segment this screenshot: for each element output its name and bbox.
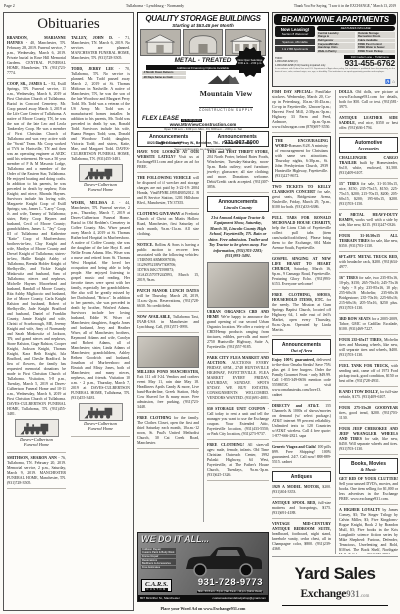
item-lead: PULL TABS FOR RONALD MCDONALD HOUSE CHAR… bbox=[272, 216, 331, 225]
item-lead: CHALLENGER CARGO TRAILER bbox=[339, 156, 398, 165]
tdd-phone-t: 1-800-848-0298 (T/A) hearing impaired on… bbox=[275, 64, 325, 67]
classified-item: FREE CLOTHING! All sizes-all ages: male,… bbox=[207, 443, 269, 481]
classified-item: ANTIQUE SPOOL BED, full-size mattress an… bbox=[272, 501, 331, 519]
item-lead: FOUR 31-10.50x15 ALL TERRAIN TIRES bbox=[339, 234, 398, 243]
brandywine-apartments-ad: BRANDYWINE APARTMENTS Now Leasing! Secti… bbox=[272, 12, 398, 87]
classified-item: DIRECTV and AT&T. 155 Channels & 1000s o… bbox=[272, 404, 331, 442]
obituaries-column-2: TALLEY, JOHN D. - 71, Manchester, TN. Ma… bbox=[71, 36, 130, 492]
middle-column-right: THIS and THAT THRIFT STORE, 204 North Po… bbox=[203, 150, 269, 522]
feature-item: Restorations bbox=[141, 559, 176, 562]
bottom-rule bbox=[282, 605, 388, 606]
category-subtitle: & Music bbox=[342, 467, 395, 472]
funeral-home-logo: Daves=CulbertsonFuneral Home bbox=[7, 419, 66, 447]
obituary-entry: WISER, MELISSA J. - 44, Manchester, TN. … bbox=[71, 201, 130, 437]
item-lead: GET RID OF YOUR CLUTTER! bbox=[339, 477, 398, 481]
classified-item: B AND I TOW DOLLY, for full-size vehicle… bbox=[339, 390, 398, 403]
item-lead: TALLEY, JOHN D. bbox=[71, 36, 113, 40]
item-lead: BRANDON, MARIANNE HAYNES bbox=[7, 36, 66, 45]
classified-item: 6FT.x8FT. METAL TRUCK BED, with headache… bbox=[339, 255, 398, 273]
classified-item: $50 STORAGE UNIT COUPON - Call today to … bbox=[207, 407, 269, 440]
item-lead: FISH DAY SPECIAL: bbox=[272, 90, 313, 94]
masthead-slogan: Thank You For Saying, "I saw it in the E… bbox=[246, 4, 396, 8]
category-title: Antiques bbox=[275, 474, 328, 480]
ad-fine-print: *Some restrictions apply, see dealer for… bbox=[140, 149, 266, 151]
item-lead: GOSPEL SINGING AT NEW LIFE HEART TO HEAR… bbox=[272, 257, 331, 271]
obituaries-title: Obituaries bbox=[7, 16, 130, 33]
classified-item: THE ENCOURAGING WORD-Romans 8:28. A mini… bbox=[272, 136, 331, 182]
yard-sales-title: Yard Sales bbox=[272, 564, 398, 584]
feature-item: Refrigerator bbox=[317, 39, 355, 42]
feature-item: FREE Trash Pickup bbox=[357, 50, 395, 53]
page-number: Page 2 bbox=[4, 3, 64, 8]
photo-thumbnail bbox=[207, 262, 269, 308]
feature-item: Frame Repair bbox=[141, 555, 176, 558]
item-lead: FOUR 275-55x20 GOODYEAR bbox=[339, 406, 398, 410]
classified-item: A HIGHER LOYALTY by James Comey, $3; The… bbox=[339, 508, 398, 554]
apartment-phone: 931-455-6762 bbox=[344, 59, 395, 68]
starburst-text: Now Open Saturdays 9:00 a.m. - 2:00 p.m. bbox=[235, 47, 265, 77]
ad-middle-row: -0 Month Down Delivers-90 Days Same as C… bbox=[140, 71, 266, 116]
feature-item: Handicap Units bbox=[317, 46, 355, 49]
event-announcement: 21st Annual Antique Tractor & Equipment … bbox=[208, 215, 268, 259]
item-lead: A HIGHER LOYALTY bbox=[339, 508, 380, 512]
fair-housing-fine-print: In accordance with Federal law and U.S. … bbox=[273, 67, 397, 73]
page-header: Page 2 Tullahoma - Lynchburg - Normandy … bbox=[0, 1, 400, 10]
brand-name: Mountain View bbox=[188, 89, 264, 98]
classified-item: URBAN ORGANICS CBD AND HEMP. We're happy… bbox=[207, 310, 269, 353]
classified-item: FOUR JEEP CHEROKEE AND JEEP WRANGLER WHE… bbox=[339, 427, 398, 455]
exchange-suffix: .com bbox=[360, 594, 370, 599]
classified-item: ANTIQUE LEATHER SIDE SADDLE, real nice, … bbox=[339, 116, 398, 134]
classified-item: CHALLENGER CARGO TRAILER built by Homest… bbox=[339, 156, 398, 179]
item-lead: URBAN ORGANICS CBD AND HEMP. bbox=[207, 310, 269, 319]
obituary-entry: COOP, SR., JAMES L. - 82, Estill Springs… bbox=[7, 82, 66, 453]
item-lead: TODD, JERRY LEE bbox=[71, 67, 114, 71]
classified-item: NOW AVAILABLE, Tullahoma Taxi, INAR-USA … bbox=[137, 315, 199, 333]
category-header: AnnouncementsLincoln County bbox=[207, 196, 269, 212]
item-lead: TWO TICKETS TO KELLY CLARKSON CONCERT bbox=[272, 185, 331, 194]
item-lead: SMITHSON, SHARON ANN bbox=[7, 456, 57, 460]
item-lead: FREE CLOTHING, SHOES, HOUSEHOLD ITEMS, E… bbox=[272, 293, 331, 302]
item-lead: PATCH MANOR LUNCH DATES bbox=[137, 289, 199, 293]
offers-list: -0 Month Down Delivers-90 Days Same as C… bbox=[142, 71, 186, 116]
item-lead: COOP, SR., JAMES L. bbox=[7, 82, 47, 86]
feature-item: Free Estimates bbox=[141, 566, 176, 569]
category-subtitle: Out of Area bbox=[275, 348, 328, 353]
photo-thumbnail bbox=[137, 336, 199, 368]
feature-item: -90 Days Same as Cash bbox=[142, 76, 186, 80]
brand-subname: CUSTOM bbox=[145, 588, 168, 591]
newspaper-page: Page 2 Tullahoma - Lynchburg - Normandy … bbox=[0, 0, 400, 614]
item-lead: Generic Viagra and Cialis! bbox=[272, 445, 316, 449]
ad-title: QUALITY STORAGE BUILDINGS bbox=[140, 14, 266, 23]
item-lead: $50 STORAGE UNIT COUPON bbox=[207, 407, 265, 411]
item-lead: FUEL TANK FOR TRUCK, bbox=[339, 364, 389, 368]
middle-classified-columns: HAVE YOU LOOKED AT OUR WEBSITE LATELY? V… bbox=[137, 150, 269, 522]
funeral-home-name: Daves=CulbertsonFuneral Home bbox=[7, 438, 66, 447]
middle-column-left: HAVE YOU LOOKED AT OUR WEBSITE LATELY? V… bbox=[137, 150, 199, 522]
category-header: AutomotiveAccessories bbox=[339, 137, 398, 153]
item-lead: FOUR JEEP CHEROKEE AND JEEP WRANGLER WHE… bbox=[339, 427, 398, 441]
now-leasing-label: Now Leasing! Section 8 Welcome! bbox=[275, 26, 315, 37]
item-lead: THE ENCOURAGING WORD- bbox=[275, 139, 328, 148]
classified-item: FREE CLOTHING for the family. The Clothe… bbox=[137, 416, 199, 449]
category-header: Books, Movies& Music bbox=[339, 458, 398, 474]
item-lead: 6FT.x8FT. METAL TRUCK BED, bbox=[339, 255, 398, 259]
contact-row: TDD#: 1-800-848-0299 (V) 1-800-848-0298 … bbox=[273, 54, 397, 68]
item-lead: ANTIQUE LEATHER SIDE SADDLE, bbox=[339, 116, 398, 125]
item-lead: CLOTHING GIVEAWAY bbox=[137, 212, 180, 216]
features-column-right: Outside StorageRecreation RoomCable Avai… bbox=[357, 32, 395, 54]
item-lead: Enjoy 100% guaranteed, bbox=[272, 358, 315, 362]
classified-item: PULL TABS FOR RONALD MCDONALD HOUSE CHAR… bbox=[272, 216, 331, 254]
classified-item: 16" TIRES for sale, two 235-85x16, 10-pl… bbox=[339, 276, 398, 314]
classified-item: FOUR 31-10.50x15 ALL TERRAIN TIRES for s… bbox=[339, 234, 398, 252]
item-lead: THE FOLLOWING VEHICLE bbox=[137, 176, 191, 180]
yard-sales-promo: Yard Sales Exchange931.com bbox=[272, 556, 398, 614]
classified-item: GET RID OF YOUR CLUTTER! Sell your unuse… bbox=[339, 477, 398, 505]
classified-item: NOTICE. Rollins & Sons is having a publi… bbox=[137, 243, 199, 286]
feature-item: Outside Storage bbox=[357, 32, 395, 35]
classified-item: FREE CLOTHING, SHOES, HOUSEHOLD ITEMS, E… bbox=[272, 293, 331, 336]
feature-item: Custom Paint & Body Work bbox=[141, 551, 176, 554]
feature-item: FREE Pest Control bbox=[357, 43, 395, 46]
feature-item: Recreation Room bbox=[357, 35, 395, 38]
services-list: Collision RepairCustom Paint & Body Work… bbox=[141, 547, 176, 570]
category-title: Announcements bbox=[210, 199, 266, 205]
item-lead: PARK CITY FLEA MARKET AND AUCTION. bbox=[207, 356, 269, 365]
item-lead: DIRECTV and AT&T. bbox=[272, 404, 319, 408]
classified-item: Enjoy 100% guaranteed, delivered to-the-… bbox=[272, 358, 331, 401]
classified-item: FOUR 275-55x20 GOODYEAR tires, good trea… bbox=[339, 406, 398, 424]
classified-item: 3RD ROW SEATS for a 2005-2009, Tahoe, GM… bbox=[339, 317, 398, 335]
obituaries-section: Obituaries BRANDON, MARIANNE HAYNES - 40… bbox=[3, 12, 134, 611]
funeral-home-logo: Daves=CulbertsonFuneral Home bbox=[71, 164, 130, 192]
item-lead: DOLLS. bbox=[339, 90, 353, 94]
obituary-entry: SMITHSON, SHARON ANN - 76, Tullahoma, TN… bbox=[7, 456, 66, 489]
storage-buildings-ad: QUALITY STORAGE BUILDINGS Starting at $5… bbox=[137, 12, 269, 128]
brand-name: C.A.R.S. bbox=[145, 581, 168, 588]
word-ad-promo-line: Place your Word Ad on www.Exchange931.co… bbox=[137, 606, 269, 611]
item-lead: 3RD ROW SEATS bbox=[339, 317, 371, 321]
cars-logo: C.A.R.S. CUSTOM bbox=[141, 579, 172, 592]
feature-item: Range & bbox=[317, 35, 355, 38]
obituary-entry: BRANDON, MARIANNE HAYNES - 40, Mancheste… bbox=[7, 36, 66, 79]
shop-phone: 931-728-9773 bbox=[198, 577, 263, 588]
item-lead: NOTICE. bbox=[137, 243, 153, 247]
item-lead: VINTAGE MID-CENTURY ANTIQUE BEDROOM SUIT… bbox=[272, 522, 331, 531]
item-lead: HAVE YOU LOOKED AT OUR WEBSITE LATELY? bbox=[137, 150, 199, 159]
classified-item: VINTAGE MID-CENTURY ANTIQUE BEDROOM SUIT… bbox=[272, 522, 331, 554]
section8-text: Section 8 Welcome! bbox=[276, 32, 314, 36]
tdd-numbers: TDD#: 1-800-848-0299 (V) 1-800-848-0298 … bbox=[275, 57, 325, 67]
ad-body: Now Leasing! Section 8 Welcome! Spacious… bbox=[273, 26, 397, 54]
cars-body-shop-ad: WE DO IT ALL... Collision RepairCustom P… bbox=[137, 532, 269, 602]
classified-item: THE FOLLOWING VEHICLE will be disposed o… bbox=[137, 176, 199, 209]
mountain-view-logo: Mountain View CONSTRUCTION SUPPLY bbox=[188, 71, 264, 116]
funeral-home-name: Daves=CulbertsonFuneral Home bbox=[71, 422, 130, 431]
shop-hours: Mon - Fri: 8 a.m. - 5 p.m. | Sat: 8 a.m.… bbox=[197, 591, 263, 593]
store-address: 8023 David Crockett Pkwy W., Belvidere, … bbox=[147, 141, 220, 145]
category-subtitle: Lincoln County bbox=[210, 205, 266, 210]
feature-item: Walk-in Pantry bbox=[317, 50, 355, 53]
category-subtitle: Accessories bbox=[342, 146, 395, 151]
address-bar: 807 McArthur St., Manchester customautot… bbox=[138, 595, 268, 601]
classified-item: 1929 A MODEL MOTOR, $200. (931)304-3353. bbox=[272, 485, 331, 498]
train-icon bbox=[79, 403, 123, 421]
classified-item: TWO TICKETS TO KELLY CLARKSON CONCERT fo… bbox=[272, 185, 331, 213]
classified-item: FISH DAY SPECIAL: Pond/lake stockers. We… bbox=[272, 90, 331, 133]
feature-item: Bedliners & Accessories bbox=[141, 562, 176, 565]
right-section: BRANDYWINE APARTMENTS Now Leasing! Secti… bbox=[272, 12, 398, 614]
classified-item: CLOTHING GIVEAWAY at Fredonia Church of … bbox=[137, 212, 199, 240]
obituary-entry: TODD, JERRY LEE - 70, Tullahoma, TN. No … bbox=[71, 67, 130, 198]
train-icon bbox=[15, 419, 59, 437]
classified-item: 6' METAL HEAVY-DUTY RAMPS, works well wi… bbox=[339, 213, 398, 231]
truck-photo bbox=[180, 543, 266, 579]
right-classified-columns: FISH DAY SPECIAL: Pond/lake stockers. We… bbox=[272, 90, 398, 554]
store-phone: 931-967-8000 bbox=[224, 140, 259, 146]
item-lead: WISER, MELISSA J. bbox=[71, 201, 115, 205]
feature-item: -0 Month Down Delivers bbox=[142, 71, 186, 75]
classified-item: THIS and THAT THRIFT STORE, 204 North Po… bbox=[207, 150, 269, 193]
spacious-label: Spacious, Affordable bbox=[275, 39, 315, 45]
classified-item: DOLLS. Old dolls, see picture at www.Exc… bbox=[339, 90, 398, 113]
ad-subtitle: Starting at $53.45 per Month bbox=[140, 23, 266, 28]
units-label: 1 & 2 BR Apartments bbox=[275, 46, 315, 52]
shop-address: 807 McArthur St., Manchester bbox=[140, 596, 180, 600]
train-icon bbox=[79, 164, 123, 182]
obituary-entry: TALLEY, JOHN D. - 71, Manchester, TN. Ma… bbox=[71, 36, 130, 64]
funeral-home-name: Daves=CulbertsonFuneral Home bbox=[71, 183, 130, 192]
classified-item: GOSPEL SINGING AT NEW LIFE HEART TO HEAR… bbox=[272, 257, 331, 290]
feature-item: FREE Water & Sewer bbox=[357, 46, 395, 49]
storage-building-photo bbox=[140, 29, 181, 56]
storage-building-photo bbox=[183, 29, 224, 56]
item-lead: NOW AVAILABLE, bbox=[137, 315, 171, 319]
address-phone-block: 910 Cedar Lane - Tullahoma 931-455-6762 bbox=[344, 55, 395, 68]
item-lead: 1929 A MODEL MOTOR, bbox=[272, 485, 320, 489]
feature-item: Collision Repair bbox=[141, 548, 176, 551]
classified-item: FOUR 235-65x17 TIRES, Michelin tires and… bbox=[339, 338, 398, 361]
exchange-number: 931 bbox=[346, 589, 360, 599]
features-label: FEATURES INCLUDE: bbox=[317, 26, 395, 31]
features-panel: FEATURES INCLUDE: Central LaundryRange &… bbox=[317, 26, 395, 54]
item-lead: 15" TIRES bbox=[339, 182, 359, 186]
category-header: AnnouncementsOut of Area bbox=[272, 339, 331, 355]
item-lead: FOUR 235-65x17 TIRES, bbox=[339, 338, 382, 342]
ad-title: BRANDYWINE APARTMENTS bbox=[274, 14, 396, 25]
brand-subname: CONSTRUCTION SUPPLY bbox=[199, 107, 253, 112]
exchange-logo: Exchange931.com bbox=[272, 584, 398, 602]
item-lead: 6' METAL HEAVY-DUTY RAMPS, bbox=[339, 213, 398, 222]
classified-item: FUEL TANK FOR TRUCK, with sending unit, … bbox=[339, 364, 398, 387]
item-lead: B AND I TOW DOLLY, bbox=[339, 390, 379, 394]
region-label: Tullahoma - Lynchburg - Normandy bbox=[64, 3, 246, 8]
item-lead: ANTIQUE SPOOL BED, bbox=[272, 501, 316, 505]
feature-item: Cable Available bbox=[357, 39, 395, 42]
accessibility-icons: ♿ ⌂ bbox=[385, 79, 395, 85]
item-lead: 16" TIRES bbox=[339, 276, 358, 280]
right-column-right: DOLLS. Old dolls, see picture at www.Exc… bbox=[335, 90, 398, 554]
leasing-panel: Now Leasing! Section 8 Welcome! Spacious… bbox=[275, 26, 315, 54]
starburst-badge: Now Open Saturdays 9:00 a.m. - 2:00 p.m. bbox=[235, 47, 265, 77]
classified-item: PARK CITY FLEA MARKET AND AUCTION. AUCTI… bbox=[207, 356, 269, 404]
features-column-left: Central LaundryRange &RefrigeratorCarpet… bbox=[317, 32, 355, 54]
item-lead: FREE CLOTHING! bbox=[207, 443, 244, 447]
category-title: Announcements bbox=[275, 342, 328, 348]
item-lead: MILLERS POND MANCHESTER, bbox=[137, 370, 199, 374]
classified-item: MILLERS POND MANCHESTER, Exit 111 off I-… bbox=[137, 370, 199, 413]
classified-item: Generic Viagra and Cialis! 100 pills $99… bbox=[272, 445, 331, 468]
item-lead: FREE CLOTHING bbox=[137, 416, 171, 420]
right-column-left: FISH DAY SPECIAL: Pond/lake stockers. We… bbox=[272, 90, 331, 554]
funeral-home-logo: Daves=CulbertsonFuneral Home bbox=[71, 403, 130, 431]
feature-item: Carpeted/Blinds bbox=[317, 43, 355, 46]
shop-email: customautotrendsbodyshop@gmail.com bbox=[212, 596, 266, 600]
classified-item: PATCH MANOR LUNCH DATES will be Thursday… bbox=[137, 289, 199, 312]
obituaries-columns: BRANDON, MARIANNE HAYNES - 40, Mancheste… bbox=[7, 36, 130, 492]
classified-item: HAVE YOU LOOKED AT OUR WEBSITE LATELY? V… bbox=[137, 150, 199, 173]
features-columns: Central LaundryRange &RefrigeratorCarpet… bbox=[317, 32, 395, 54]
feature-item: Central Laundry bbox=[317, 32, 355, 35]
exchange-brand: Exchange bbox=[301, 588, 347, 600]
obituaries-column-1: BRANDON, MARIANNE HAYNES - 40, Mancheste… bbox=[7, 36, 66, 492]
classified-item: 15" TIRES for sale, 31-10.50x15, nice, $… bbox=[339, 182, 398, 210]
category-header: Antiques bbox=[272, 471, 331, 482]
middle-section: QUALITY STORAGE BUILDINGS Starting at $5… bbox=[137, 12, 269, 614]
